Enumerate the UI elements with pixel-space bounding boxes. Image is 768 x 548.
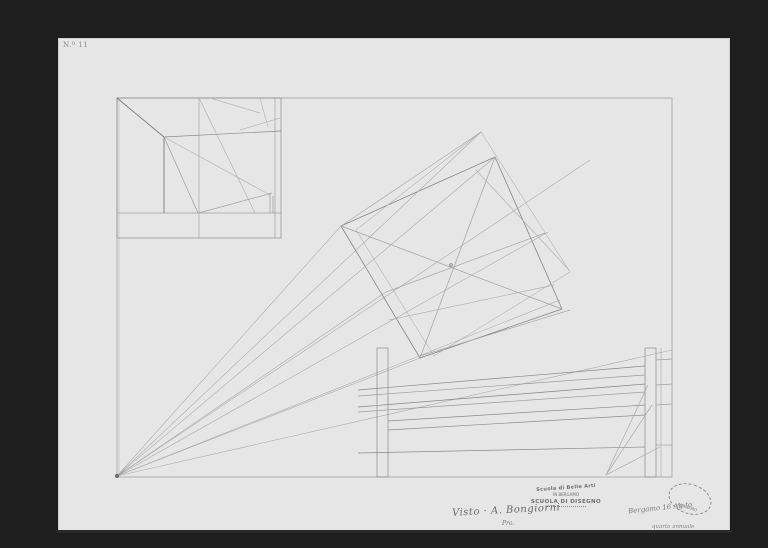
perspective-rays: [117, 132, 672, 476]
sheet-number: N.º 11: [63, 41, 88, 49]
grade-note: quarto annuale: [652, 524, 694, 530]
scan-viewport: N.º 11 Scuola di Belle Arti IN BERGAMO S…: [0, 0, 768, 548]
oval-stamp-text: BERGAMO: [677, 502, 698, 513]
signature-sub: Pro.: [502, 520, 514, 527]
inset-plan: [117, 98, 281, 238]
perspective-drawing: [0, 0, 768, 548]
fence-elevation: [358, 348, 672, 477]
rotated-square: [341, 132, 570, 358]
